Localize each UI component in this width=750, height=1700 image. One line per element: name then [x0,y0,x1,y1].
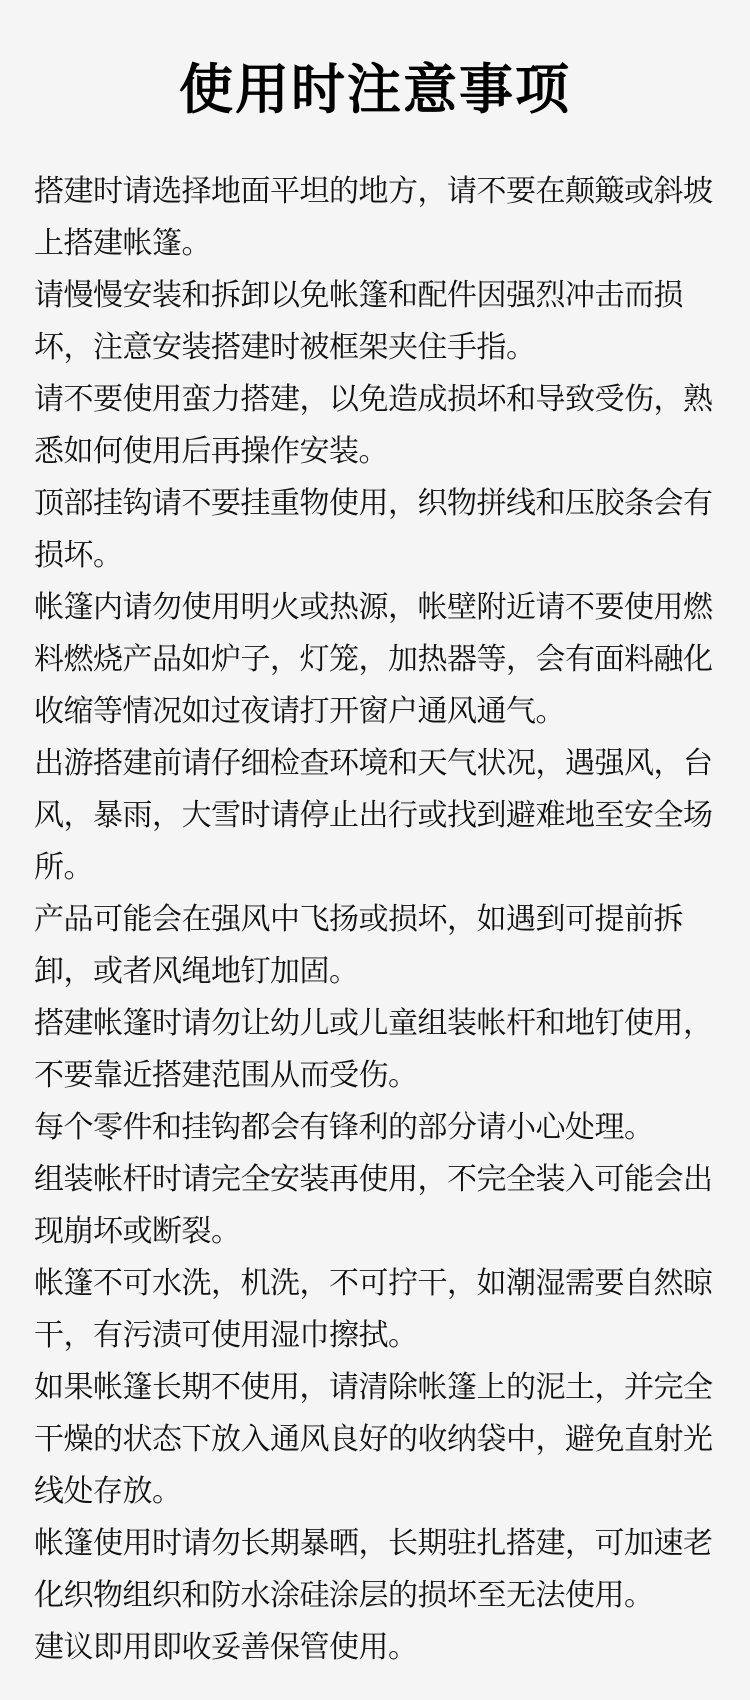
notice-paragraph: 请不要使用蛮力搭建，以免造成损坏和导致受伤，熟悉如何使用后再操作安装。 [34,374,716,478]
notice-paragraph: 如果帐篷长期不使用，请清除帐篷上的泥土，并完全干燥的状态下放入通风良好的收纳袋中… [34,1362,716,1518]
notice-page: 使用时注意事项 搭建时请选择地面平坦的地方，请不要在颠簸或斜坡上搭建帐篷。请慢慢… [0,0,750,1700]
notice-paragraph: 每个零件和挂钩都会有锋利的部分请小心处理。 [34,1102,716,1154]
notice-paragraph: 帐篷内请勿使用明火或热源，帐壁附近请不要使用燃料燃烧产品如炉子，灯笼，加热器等，… [34,582,716,738]
notice-paragraph: 组装帐杆时请完全安装再使用，不完全装入可能会出现崩坏或断裂。 [34,1154,716,1258]
notice-paragraph: 出游搭建前请仔细检查环境和天气状况，遇强风，台风，暴雨，大雪时请停止出行或找到避… [34,738,716,894]
notice-paragraph: 请慢慢安装和拆卸以免帐篷和配件因强烈冲击而损坏，注意安装搭建时被框架夹住手指。 [34,270,716,374]
notice-paragraph: 帐篷使用时请勿长期暴晒，长期驻扎搭建，可加速老化织物组织和防水涂硅涂层的损坏至无… [34,1518,716,1622]
notice-paragraph: 顶部挂钩请不要挂重物使用，织物拼线和压胶条会有损坏。 [34,478,716,582]
page-title: 使用时注意事项 [0,40,750,140]
notice-paragraph: 产品可能会在强风中飞扬或损坏，如遇到可提前拆卸，或者风绳地钉加固。 [34,894,716,998]
notice-paragraph: 搭建帐篷时请勿让幼儿或儿童组装帐杆和地钉使用，不要靠近搭建范围从而受伤。 [34,998,716,1102]
notice-paragraph: 帐篷不可水洗，机洗，不可拧干，如潮湿需要自然晾干，有污渍可使用湿巾擦拭。 [34,1258,716,1362]
notice-paragraph: 建议即用即收妥善保管使用。 [34,1622,716,1674]
notice-paragraph: 搭建时请选择地面平坦的地方，请不要在颠簸或斜坡上搭建帐篷。 [34,166,716,270]
notice-list: 搭建时请选择地面平坦的地方，请不要在颠簸或斜坡上搭建帐篷。请慢慢安装和拆卸以免帐… [0,166,750,1674]
